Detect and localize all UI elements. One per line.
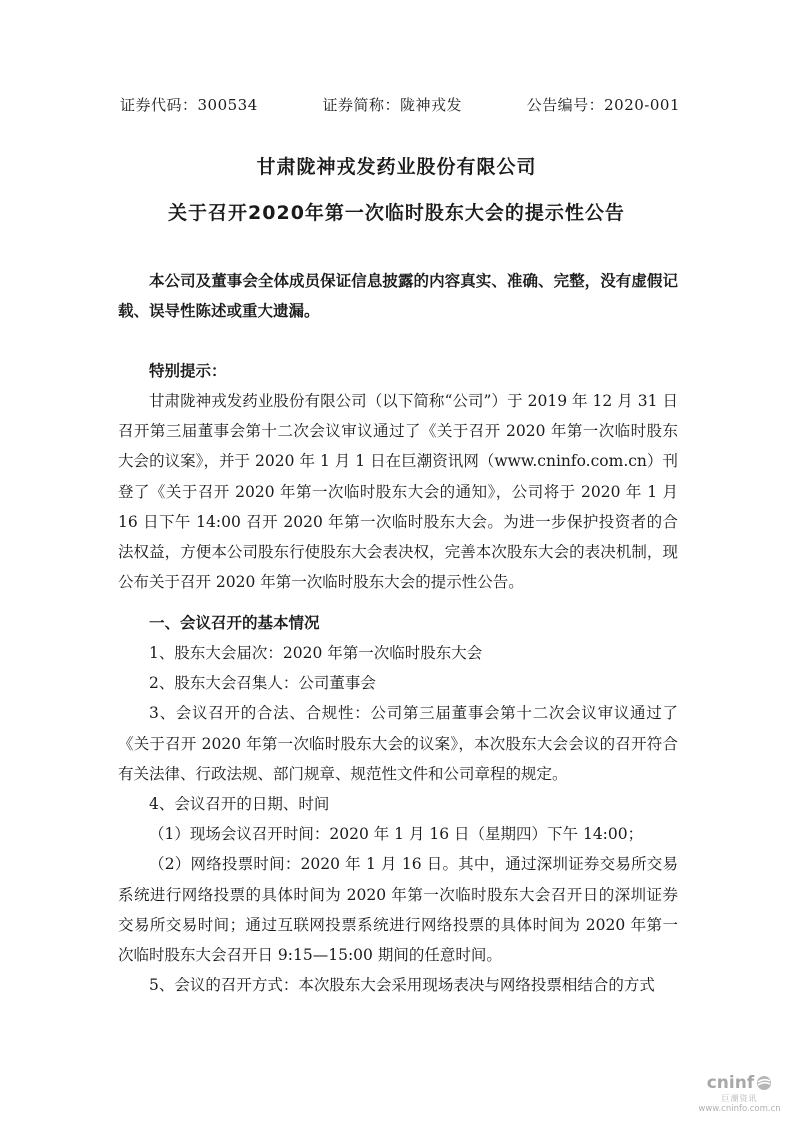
board-statement: 本公司及董事会全体成员保证信息披露的内容真实、准确、完整，没有虚假记载、误导性陈… — [118, 266, 678, 326]
section-1-heading: 一、会议召开的基本情况 — [149, 608, 549, 638]
company-title: 甘肃陇神戎发药业股份有限公司 — [0, 152, 793, 179]
announcement-number: 公告编号：2020-001 — [527, 94, 680, 115]
stock-code: 证券代码：300534 — [120, 94, 258, 115]
section-1-item: 1、股东大会届次：2020 年第一次临时股东大会 — [118, 638, 678, 668]
section-1-item: 2、股东大会召集人：公司董事会 — [118, 668, 678, 698]
cninfo-chinese-name: 巨潮资讯 — [692, 1093, 787, 1104]
cninfo-swirl-icon — [756, 1075, 772, 1091]
special-notice-paragraph: 甘肃陇神戎发药业股份有限公司（以下简称“公司”）于 2019 年 12 月 31… — [118, 386, 678, 597]
announcement-title: 关于召开2020年第一次临时股东大会的提示性公告 — [0, 198, 793, 225]
board-statement-text: 本公司及董事会全体成员保证信息披露的内容真实、准确、完整，没有虚假记载、误导性陈… — [118, 266, 678, 326]
announcement-header: 证券代码：300534 证券简称：陇神戎发 公告编号：2020-001 — [120, 94, 680, 115]
section-1-subitem: （2）网络投票时间：2020 年 1 月 16 日。其中，通过深圳证券交易所交易… — [118, 849, 678, 970]
document-page: 证券代码：300534 证券简称：陇神戎发 公告编号：2020-001 甘肃陇神… — [0, 0, 793, 1122]
special-notice-text: 甘肃陇神戎发药业股份有限公司（以下简称“公司”）于 2019 年 12 月 31… — [118, 386, 678, 597]
section-1-subitem: （1）现场会议召开时间：2020 年 1 月 16 日（星期四）下午 14:00… — [118, 819, 678, 849]
section-1-item: 4、会议召开的日期、时间 — [118, 789, 678, 819]
section-1-item: 5、会议的召开方式：本次股东大会采用现场表决与网络投票相结合的方式 — [118, 970, 678, 1000]
section-1-items: 1、股东大会届次：2020 年第一次临时股东大会 2、股东大会召集人：公司董事会… — [118, 638, 678, 1000]
stock-abbreviation: 证券简称：陇神戎发 — [322, 94, 462, 115]
cninfo-logo-text: cninf — [707, 1073, 755, 1093]
section-1-item: 3、会议召开的合法、合规性：公司第三届董事会第十二次会议审议通过了《关于召开 2… — [118, 698, 678, 789]
special-notice-label: 特别提示： — [149, 356, 449, 386]
cninfo-url: www.cninfo.com.cn — [692, 1104, 787, 1114]
cninfo-watermark: cninf 巨潮资讯 www.cninfo.com.cn — [692, 1073, 787, 1114]
cninfo-logo: cninf — [692, 1073, 787, 1093]
